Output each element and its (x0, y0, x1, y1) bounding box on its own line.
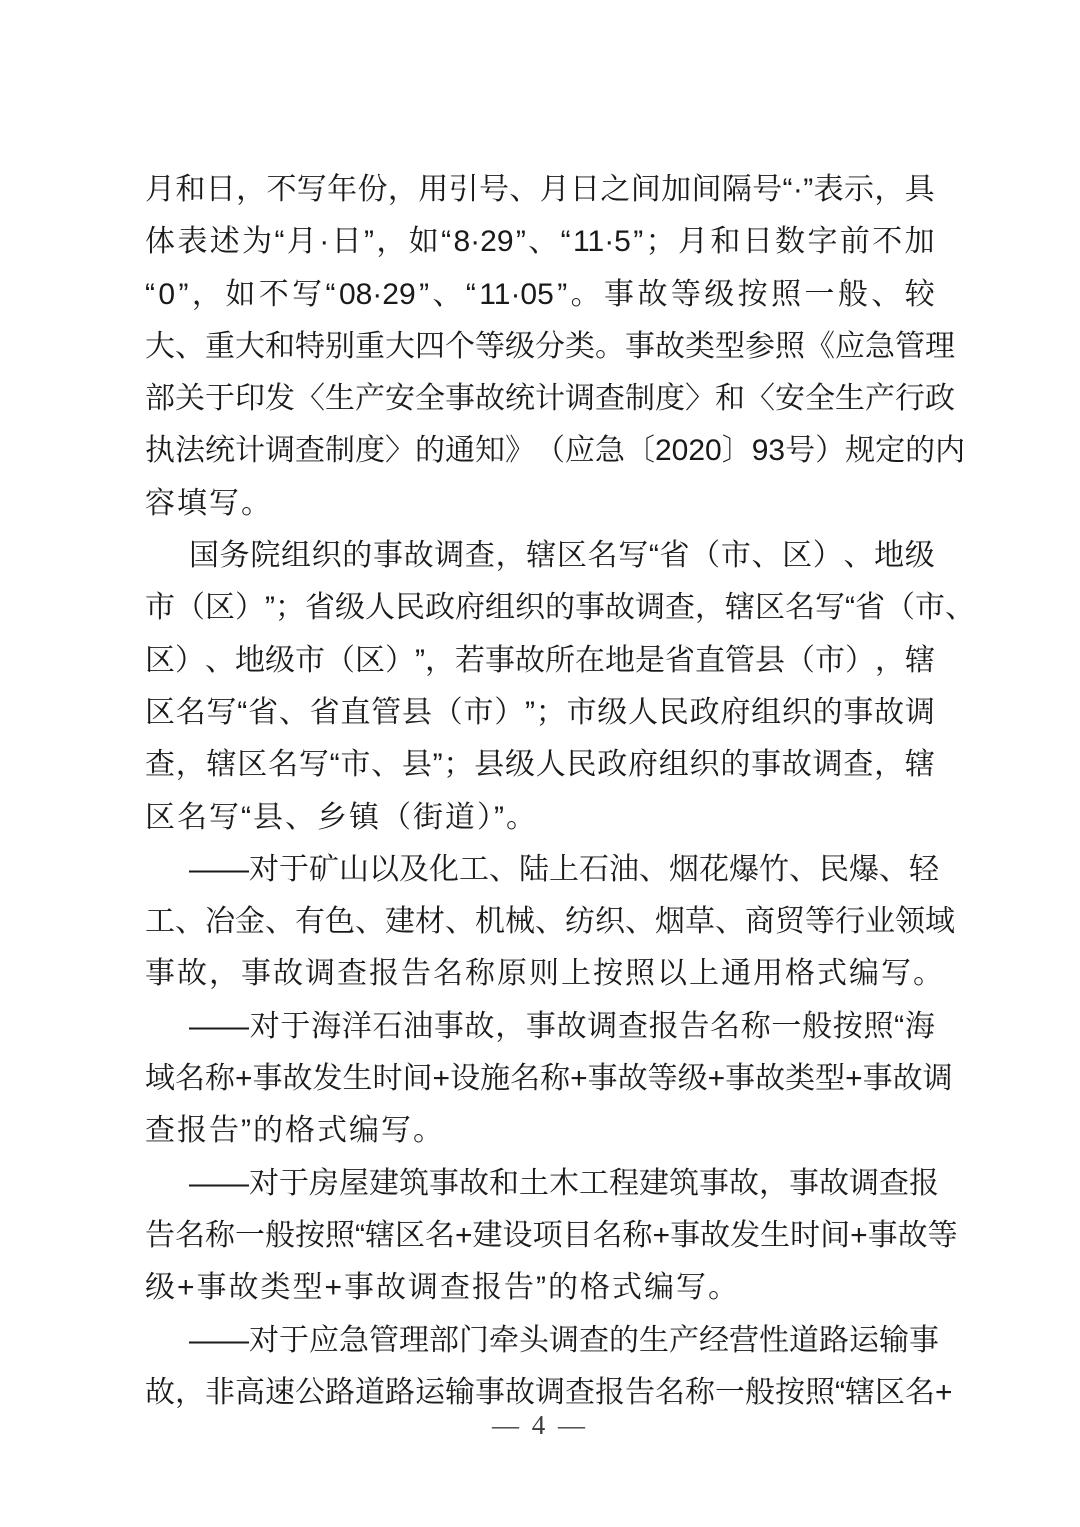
text-line: 工、冶金、有色、建材、机械、纺织、烟草、商贸等行业领域 (145, 896, 935, 948)
text-line: 查报告”的格式编写。 (145, 1105, 935, 1157)
text-line: ——对于应急管理部门牵头调查的生产经营性道路运输事 (145, 1315, 935, 1367)
text-line: 国务院组织的事故调查，辖区名写“省（市、区）、地级 (145, 530, 935, 582)
text-line: 容填写。 (145, 478, 935, 530)
text-line: ——对于矿山以及化工、陆上石油、烟花爆竹、民爆、轻 (145, 844, 935, 896)
text-line: 月和日，不写年份，用引号、月日之间加间隔号“·”表示，具 (145, 164, 935, 216)
text-line: 体表述为“月·日”，如“8·29”、“11·5”；月和日数字前不加 (145, 216, 935, 268)
text-line: 域名称+事故发生时间+设施名称+事故等级+事故类型+事故调 (145, 1053, 935, 1105)
text-line: “0”，如不写“08·29”、“11·05”。事故等级按照一般、较 (145, 269, 935, 321)
text-line: 区）、地级市（区）”，若事故所在地是省直管县（市），辖 (145, 635, 935, 687)
text-line: 大、重大和特别重大四个等级分类。事故类型参照《应急管理 (145, 321, 935, 373)
text-line: 市（区）”；省级人民政府组织的事故调查，辖区名写“省（市、 (145, 582, 935, 634)
text-line: ——对于房屋建筑事故和土木工程建筑事故，事故调查报 (145, 1158, 935, 1210)
text-line: 查，辖区名写“市、县”；县级人民政府组织的事故调查，辖 (145, 739, 935, 791)
text-body: 月和日，不写年份，用引号、月日之间加间隔号“·”表示，具体表述为“月·日”，如“… (145, 164, 935, 1419)
page-number: — 4 — (0, 1410, 1080, 1441)
text-line: ——对于海洋石油事故，事故调查报告名称一般按照“海 (145, 1001, 935, 1053)
text-line: 告名称一般按照“辖区名+建设项目名称+事故发生时间+事故等 (145, 1210, 935, 1262)
document-page: 月和日，不写年份，用引号、月日之间加间隔号“·”表示，具体表述为“月·日”，如“… (0, 0, 1080, 1527)
text-line: 区名写“县、乡镇（街道）”。 (145, 792, 935, 844)
text-line: 部关于印发〈生产安全事故统计调查制度〉和〈安全生产行政 (145, 373, 935, 425)
text-line: 级+事故类型+事故调查报告”的格式编写。 (145, 1262, 935, 1314)
text-line: 事故，事故调查报告名称原则上按照以上通用格式编写。 (145, 948, 935, 1000)
text-line: 区名写“省、省直管县（市）”；市级人民政府组织的事故调 (145, 687, 935, 739)
text-line: 执法统计调查制度〉的通知》（应急〔2020〕93号）规定的内 (145, 425, 935, 477)
